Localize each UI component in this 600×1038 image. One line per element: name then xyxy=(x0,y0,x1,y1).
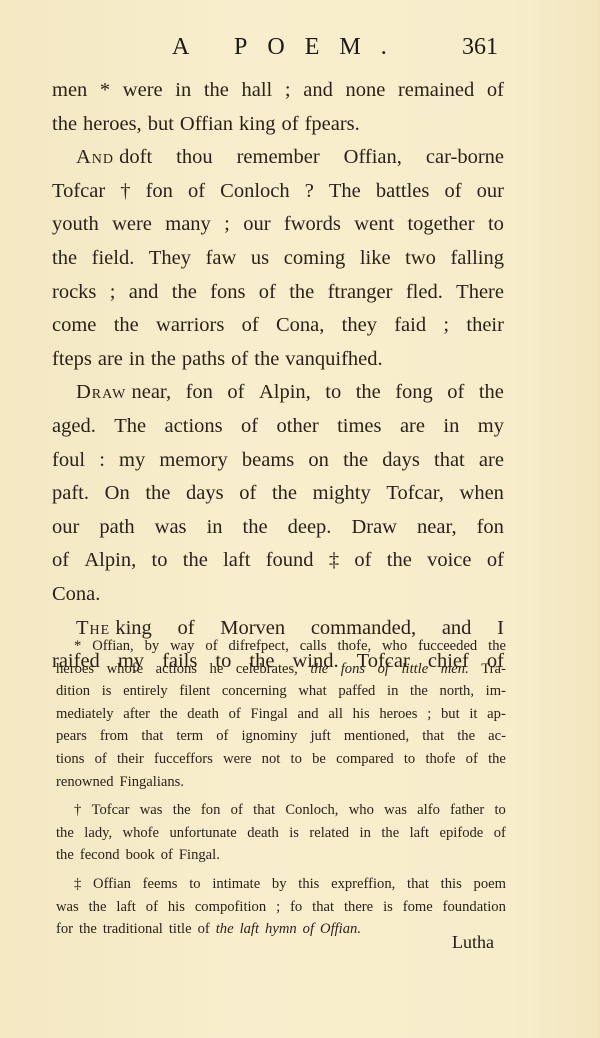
text-line: Tofcar†fonofConloch?Thebattlesofour xyxy=(52,175,504,209)
text-line: Draw near,fonofAlpin,tothefongofthe xyxy=(52,376,504,410)
page-number: 361 xyxy=(462,34,498,61)
text-line: ofAlpin,tothelaftfound‡ofthevoiceof xyxy=(52,544,504,578)
footnote-line: tionsoftheirfuccefforswerenottobecompare… xyxy=(56,748,506,771)
catchword: Lutha xyxy=(452,932,494,953)
footnote-line: renownedFingalians. xyxy=(56,771,506,794)
footnote: †TofcarwasthefonofthatConloch,whowasalfo… xyxy=(56,799,506,867)
footnote-line: †TofcarwasthefonofthatConloch,whowasalfo… xyxy=(56,799,506,822)
footnote-line: heroeswhofeactionshecelebrates,thefonsof… xyxy=(56,658,506,681)
footnote: ‡Offianfeemstointimatebythisexpreffion,t… xyxy=(56,873,506,941)
text-line: aged.Theactionsofothertimesareinmy xyxy=(52,410,504,444)
text-line: ftepsareinthepathsofthevanquifhed. xyxy=(52,343,504,377)
footnote-line: *Offian,bywayofdifrefpect,callsthofe,who… xyxy=(56,635,506,658)
text-line: paft.OnthedaysofthemightyTofcar,when xyxy=(52,477,504,511)
text-line: men*wereinthehall;andnoneremainedof xyxy=(52,74,504,108)
footnote-line: wasthelaftofhiscompofition;fothatthereis… xyxy=(56,896,506,919)
text-line: rocks;andthefonsoftheftrangerfled.There xyxy=(52,276,504,310)
text-line: Cona. xyxy=(52,578,504,612)
text-line: foul:mymemorybeamsonthedaysthatare xyxy=(52,444,504,478)
text-line: thefield.Theyfawuscomingliketwofalling xyxy=(52,242,504,276)
footnote: *Offian,bywayofdifrefpect,callsthofe,who… xyxy=(56,635,506,793)
footnote-line: pearsfromthattermofignominyjuftmentioned… xyxy=(56,725,506,748)
text-line: youthweremany;ourfwordswenttogetherto xyxy=(52,208,504,242)
body-text: men*wereinthehall;andnoneremainedofthehe… xyxy=(52,74,504,679)
footnote-line: forthetraditionaltitleofthelafthymnofOff… xyxy=(56,918,506,941)
running-title: A POEM. xyxy=(172,34,407,61)
footnotes: *Offian,bywayofdifrefpect,callsthofe,who… xyxy=(56,635,506,947)
footnote-line: ‡Offianfeemstointimatebythisexpreffion,t… xyxy=(56,873,506,896)
page-header: A POEM. 361 xyxy=(0,34,600,74)
text-line: theheroes,butOffiankingoffpears. xyxy=(52,108,504,142)
text-line: And doftthourememberOffian,car-borne xyxy=(52,141,504,175)
footnote-line: thelady,whofeunfortunatedeathisrelatedin… xyxy=(56,822,506,845)
footnote-line: mediatelyafterthedeathofFingalandallhish… xyxy=(56,703,506,726)
book-page: A POEM. 361 men*wereinthehall;andnonerem… xyxy=(0,0,600,1038)
footnote-line: ditionisentirelyfilentconcerningwhatpaff… xyxy=(56,680,506,703)
text-line: ourpathwasinthedeep.Drawnear,fon xyxy=(52,511,504,545)
footnote-line: thefecondbookofFingal. xyxy=(56,844,506,867)
text-line: comethewarriorsofCona,theyfaid;their xyxy=(52,309,504,343)
